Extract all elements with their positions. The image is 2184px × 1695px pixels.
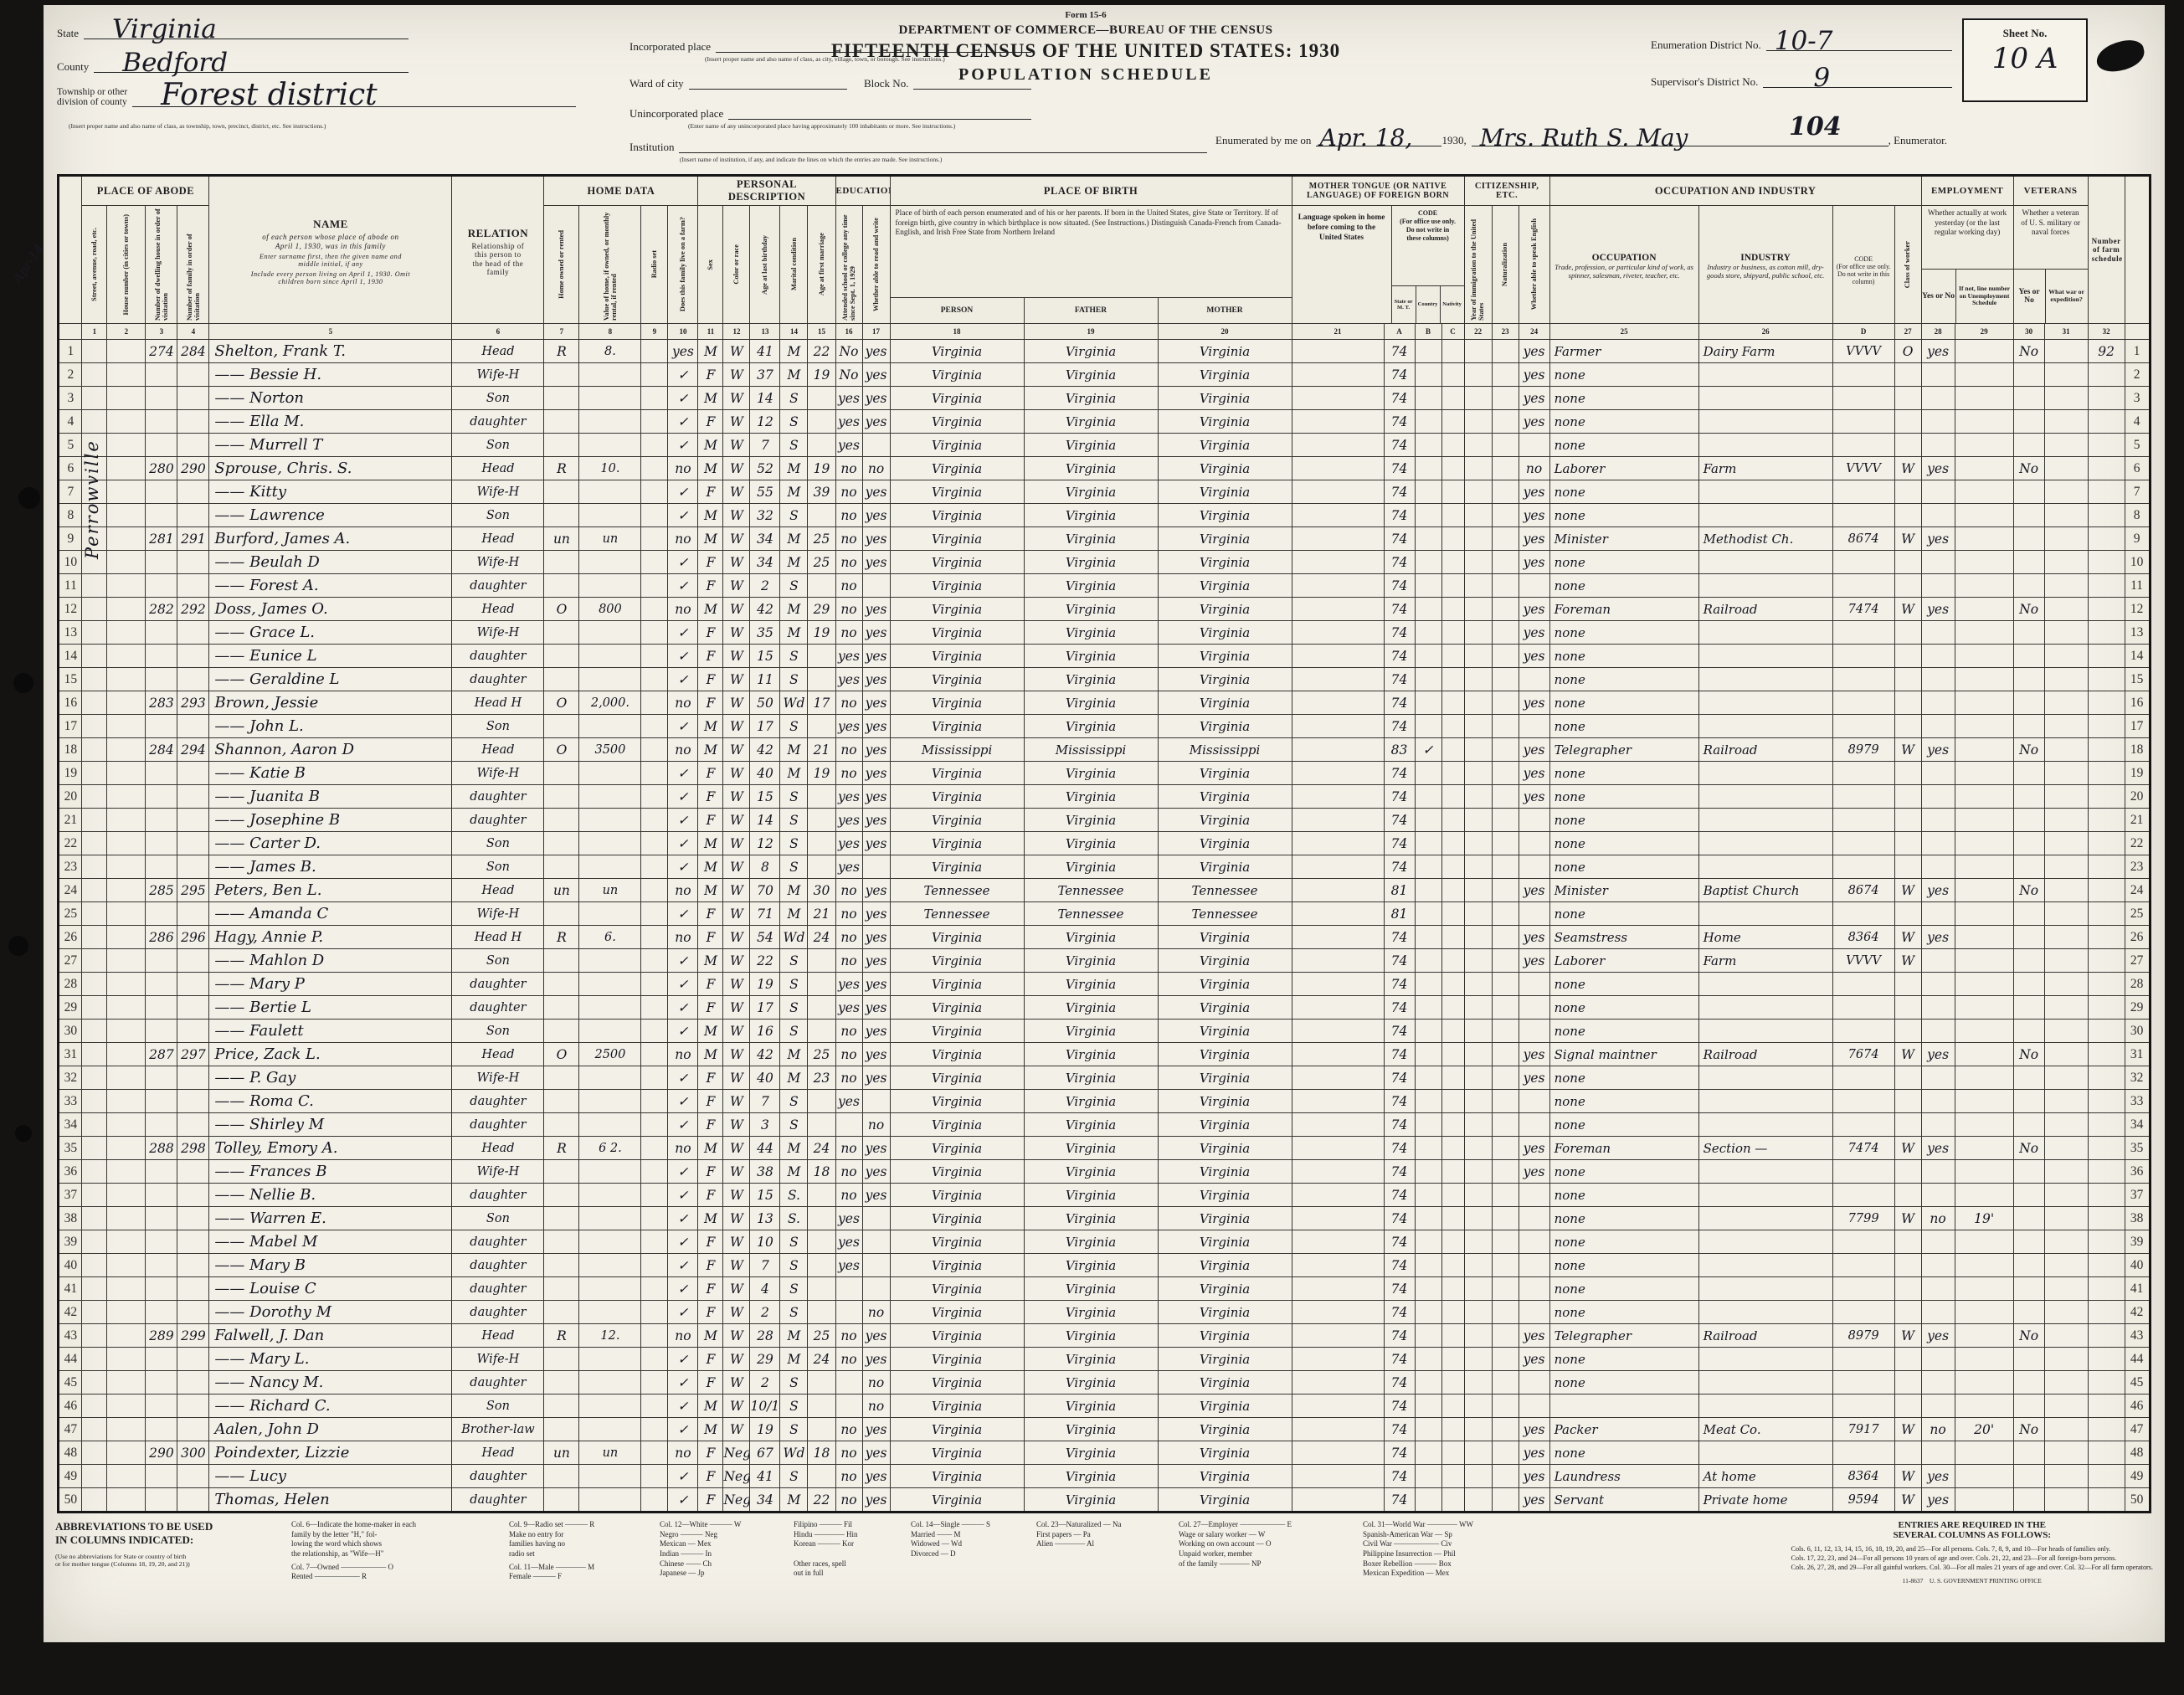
cell-farm: no: [668, 1043, 698, 1066]
cell-wk: [1921, 387, 1955, 410]
cell-yr: [1464, 996, 1492, 1020]
cell-ind: Railroad: [1698, 1043, 1832, 1066]
cell-ln: 26: [59, 926, 82, 949]
cell-cls: W: [1894, 527, 1921, 551]
cell-cls: W: [1894, 1465, 1921, 1488]
cell-sch: yes: [835, 996, 862, 1020]
cell-ln: 20: [59, 785, 82, 809]
cell-cB: [1415, 480, 1441, 504]
cell-radio: [641, 598, 668, 621]
cell-name: —— Ella M.: [209, 410, 452, 434]
cell-ln2: 17: [2125, 715, 2150, 738]
cell-color: W: [723, 1395, 750, 1418]
cell-bm: Virginia: [1158, 340, 1292, 363]
cell-fs: [2088, 691, 2125, 715]
cell-sex: M: [698, 855, 723, 879]
cell-war: [2044, 809, 2088, 832]
table-body: 1274284Shelton, Frank T.HeadR8.yesMW41M2…: [59, 340, 2150, 1513]
cell-radio: [641, 762, 668, 785]
cell-eng: [1519, 832, 1549, 855]
cell-yr: [1464, 363, 1492, 387]
cell-radio: [641, 879, 668, 902]
cell-lang: [1292, 645, 1384, 668]
cell-agem: [808, 1395, 835, 1418]
cell-occ: none: [1549, 480, 1698, 504]
cell-rel: Head: [452, 1137, 544, 1160]
cell-eng: [1519, 902, 1549, 926]
table-row: 14—— Eunice Ldaughter✓FW15SyesyesVirgini…: [59, 645, 2150, 668]
cell-mar: M: [780, 1066, 808, 1090]
cell-rw: yes: [862, 1184, 890, 1207]
cell-age: 67: [750, 1441, 780, 1465]
cell-age: 54: [750, 926, 780, 949]
cell-fs: [2088, 1441, 2125, 1465]
col-head-family-number: Number of family in order of visitation: [177, 206, 209, 324]
cell-cB: [1415, 832, 1441, 855]
cell-wk: yes: [1921, 457, 1955, 480]
cell-fs: [2088, 1418, 2125, 1441]
enumerated-label: Enumerated by me on: [1215, 135, 1316, 146]
cell-street: [82, 1160, 107, 1184]
cell-mar: M: [780, 340, 808, 363]
cell-nat: [1492, 691, 1519, 715]
cell-cD: [1832, 902, 1894, 926]
cell-name: —— Shirley M: [209, 1113, 452, 1137]
cell-occ: none: [1549, 434, 1698, 457]
cell-val: 6.: [579, 926, 641, 949]
cell-val: [579, 387, 641, 410]
cell-fam: 290: [177, 457, 209, 480]
cell-wk: yes: [1921, 1043, 1955, 1066]
cell-agem: 25: [808, 527, 835, 551]
cell-cC: [1441, 902, 1464, 926]
table-row: 35288298Tolley, Emory A.HeadR6 2.noMW44M…: [59, 1137, 2150, 1160]
column-number-blank: [2125, 324, 2150, 340]
cell-eng: yes: [1519, 621, 1549, 645]
cell-ue: [1955, 410, 2013, 434]
cell-war: [2044, 926, 2088, 949]
cell-val: [579, 809, 641, 832]
cell-rw: yes: [862, 1160, 890, 1184]
cell-ln2: 15: [2125, 668, 2150, 691]
cell-eng: yes: [1519, 1441, 1549, 1465]
cell-agem: [808, 1230, 835, 1254]
code-nativity-label: Nativity: [1441, 286, 1464, 323]
cell-ind: [1698, 480, 1832, 504]
cell-agem: [808, 1184, 835, 1207]
cell-ln: 14: [59, 645, 82, 668]
cell-cD: [1832, 574, 1894, 598]
cell-vet: No: [2013, 1137, 2044, 1160]
cell-rel: Son: [452, 715, 544, 738]
cell-dw: 282: [146, 598, 177, 621]
cell-name: Poindexter, Lizzie: [209, 1441, 452, 1465]
cell-house: [107, 1066, 146, 1090]
cell-cB: [1415, 410, 1441, 434]
cell-rw: yes: [862, 527, 890, 551]
cell-fam: [177, 1488, 209, 1513]
cell-cD: [1832, 387, 1894, 410]
cell-fs: [2088, 1137, 2125, 1160]
column-number-8: 8: [579, 324, 641, 340]
column-number-2: 2: [107, 324, 146, 340]
cell-bp: Virginia: [890, 1277, 1024, 1301]
cell-rw: yes: [862, 926, 890, 949]
language-label: Language spoken in home before coming to…: [1292, 206, 1392, 323]
cell-street: [82, 738, 107, 762]
col-head-sex: Sex: [698, 206, 723, 324]
cell-bp: Virginia: [890, 457, 1024, 480]
cell-cD: [1832, 762, 1894, 785]
cell-cls: [1894, 996, 1921, 1020]
cell-ln2: 28: [2125, 973, 2150, 996]
cell-eng: yes: [1519, 387, 1549, 410]
cell-farm: ✓: [668, 949, 698, 973]
cell-cC: [1441, 1395, 1464, 1418]
cell-cD: [1832, 1066, 1894, 1090]
cell-dw: 288: [146, 1137, 177, 1160]
cell-house: [107, 1160, 146, 1184]
cell-eng: yes: [1519, 363, 1549, 387]
column-number-21: 21: [1292, 324, 1384, 340]
cell-rw: yes: [862, 1020, 890, 1043]
cell-fs: [2088, 527, 2125, 551]
cell-bm: Virginia: [1158, 1043, 1292, 1066]
cell-agem: 19: [808, 457, 835, 480]
cell-rw: yes: [862, 668, 890, 691]
cell-occ: Laundress: [1549, 1465, 1698, 1488]
cell-val: [579, 410, 641, 434]
column-number-12: 12: [723, 324, 750, 340]
cell-lang: [1292, 668, 1384, 691]
cell-cD: [1832, 434, 1894, 457]
cell-radio: [641, 809, 668, 832]
cell-ln: 18: [59, 738, 82, 762]
cell-ln2: 35: [2125, 1137, 2150, 1160]
cell-cD: [1832, 363, 1894, 387]
unincorporated-note: (Enter name of any unincorporated place …: [688, 122, 955, 130]
cell-ind: [1698, 996, 1832, 1020]
cell-wk: [1921, 1066, 1955, 1090]
cell-bp: Virginia: [890, 1488, 1024, 1513]
cell-sch: yes: [835, 434, 862, 457]
cell-sch: yes: [835, 410, 862, 434]
cell-color: W: [723, 621, 750, 645]
cell-fs: 92: [2088, 340, 2125, 363]
cell-eng: yes: [1519, 1465, 1549, 1488]
column-number-A: A: [1384, 324, 1415, 340]
cell-rel: Son: [452, 1395, 544, 1418]
cell-bf: Virginia: [1024, 1207, 1158, 1230]
cell-sch: no: [835, 1066, 862, 1090]
cell-own: [544, 621, 579, 645]
cell-yr: [1464, 1465, 1492, 1488]
cell-eng: [1519, 1207, 1549, 1230]
table-row: 25—— Amanda CWife-H✓FW71M21noyesTennesse…: [59, 902, 2150, 926]
cell-vet: [2013, 926, 2044, 949]
cell-house: [107, 715, 146, 738]
cell-vet: [2013, 1254, 2044, 1277]
cell-sch: no: [835, 1418, 862, 1441]
cell-ln: 42: [59, 1301, 82, 1324]
cell-color: W: [723, 1137, 750, 1160]
cell-rel: Wife-H: [452, 762, 544, 785]
cell-war: [2044, 668, 2088, 691]
cell-mar: S: [780, 434, 808, 457]
cell-fam: 296: [177, 926, 209, 949]
war-expedition-label: What war or expedition?: [2046, 270, 2088, 323]
cell-occ: Packer: [1549, 1418, 1698, 1441]
cell-vet: No: [2013, 340, 2044, 363]
cell-wk: [1921, 574, 1955, 598]
cell-agem: [808, 949, 835, 973]
cell-color: W: [723, 1113, 750, 1137]
cell-ue: [1955, 1324, 2013, 1348]
cell-dw: [146, 1184, 177, 1207]
cell-dw: [146, 668, 177, 691]
cell-vet: [2013, 1020, 2044, 1043]
cell-mar: S: [780, 1395, 808, 1418]
cell-rw: yes: [862, 410, 890, 434]
cell-rw: yes: [862, 1465, 890, 1488]
cell-wk: [1921, 1254, 1955, 1277]
cell-occ: none: [1549, 785, 1698, 809]
cell-mar: M: [780, 551, 808, 574]
column-number-20: 20: [1158, 324, 1292, 340]
cell-occ: none: [1549, 1020, 1698, 1043]
cell-own: [544, 1277, 579, 1301]
cell-radio: [641, 949, 668, 973]
cell-ln: 10: [59, 551, 82, 574]
cell-val: [579, 855, 641, 879]
cell-eng: yes: [1519, 879, 1549, 902]
cell-rw: yes: [862, 340, 890, 363]
cell-val: [579, 1301, 641, 1324]
cell-bp: Virginia: [890, 1066, 1024, 1090]
cell-ln2: 9: [2125, 527, 2150, 551]
cell-bf: Tennessee: [1024, 902, 1158, 926]
cell-farm: yes: [668, 340, 698, 363]
cell-nat: [1492, 1066, 1519, 1090]
cell-rw: yes: [862, 1043, 890, 1066]
cell-vet: No: [2013, 1324, 2044, 1348]
cell-eng: [1519, 1254, 1549, 1277]
cell-sch: no: [835, 1043, 862, 1066]
cell-ln: 36: [59, 1160, 82, 1184]
cell-sex: F: [698, 1371, 723, 1395]
cell-name: Price, Zack L.: [209, 1043, 452, 1066]
cell-sex: F: [698, 551, 723, 574]
cell-radio: [641, 1254, 668, 1277]
cell-ind: Home: [1698, 926, 1832, 949]
cell-eng: yes: [1519, 1488, 1549, 1513]
cell-ind: [1698, 762, 1832, 785]
cell-sch: no: [835, 738, 862, 762]
cell-bm: Tennessee: [1158, 879, 1292, 902]
cell-agem: 39: [808, 480, 835, 504]
cell-vet: [2013, 1348, 2044, 1371]
cell-house: [107, 691, 146, 715]
cell-fam: [177, 785, 209, 809]
hole-punch: [13, 673, 33, 693]
cell-radio: [641, 1465, 668, 1488]
cell-bf: Virginia: [1024, 1230, 1158, 1254]
cell-lang: [1292, 1043, 1384, 1066]
cell-val: [579, 785, 641, 809]
cell-rw: [862, 574, 890, 598]
cell-name: —— Murrell T: [209, 434, 452, 457]
cell-cA: 74: [1384, 1441, 1415, 1465]
code-title: CODE (For office use only. Do not write …: [1392, 206, 1464, 285]
cell-bm: Virginia: [1158, 1090, 1292, 1113]
cell-cC: [1441, 1277, 1464, 1301]
cell-cB: [1415, 855, 1441, 879]
cell-nat: [1492, 785, 1519, 809]
cell-bp: Virginia: [890, 551, 1024, 574]
cell-sch: yes: [835, 1254, 862, 1277]
cell-mar: S: [780, 785, 808, 809]
cell-wk: [1921, 973, 1955, 996]
cell-ln2: 36: [2125, 1160, 2150, 1184]
cell-ln2: 18: [2125, 738, 2150, 762]
cell-cls: [1894, 785, 1921, 809]
column-number-9: 9: [641, 324, 668, 340]
cell-cB: [1415, 691, 1441, 715]
cell-farm: ✓: [668, 762, 698, 785]
cell-lang: [1292, 1441, 1384, 1465]
cell-ln: 41: [59, 1277, 82, 1301]
cell-own: [544, 785, 579, 809]
cell-dw: 284: [146, 738, 177, 762]
cell-sex: M: [698, 340, 723, 363]
cell-street: [82, 621, 107, 645]
cell-mar: Wd: [780, 926, 808, 949]
cell-name: —— Mary B: [209, 1254, 452, 1277]
cell-house: [107, 785, 146, 809]
legend-col7: Col. 7—Owned —————— O Rented —————— R: [291, 1563, 501, 1582]
cell-color: W: [723, 879, 750, 902]
col-head-color: Color or race: [723, 206, 750, 324]
cell-fam: 297: [177, 1043, 209, 1066]
cell-age: 15: [750, 1184, 780, 1207]
cell-bm: Virginia: [1158, 574, 1292, 598]
cell-farm: ✓: [668, 996, 698, 1020]
cell-val: [579, 1090, 641, 1113]
cell-agem: [808, 645, 835, 668]
cell-fs: [2088, 363, 2125, 387]
cell-own: [544, 832, 579, 855]
cell-mar: S: [780, 1465, 808, 1488]
cell-bp: Virginia: [890, 410, 1024, 434]
cell-fs: [2088, 1324, 2125, 1348]
cell-cB: [1415, 1043, 1441, 1066]
cell-ue: [1955, 926, 2013, 949]
cell-cB: [1415, 785, 1441, 809]
column-number-24: 24: [1519, 324, 1549, 340]
cell-war: [2044, 387, 2088, 410]
cell-cls: [1894, 762, 1921, 785]
cell-ue: [1955, 1090, 2013, 1113]
cell-color: W: [723, 387, 750, 410]
cell-bm: Virginia: [1158, 809, 1292, 832]
legend-col11: Col. 11—Male ———— M Female ——— F: [509, 1563, 651, 1582]
cell-ln2: 45: [2125, 1371, 2150, 1395]
cell-sch: [835, 1277, 862, 1301]
cell-house: [107, 457, 146, 480]
cell-dw: [146, 785, 177, 809]
cell-yr: [1464, 715, 1492, 738]
birthplace-note: Place of birth of each person enumerated…: [891, 206, 1292, 297]
cell-nat: [1492, 1090, 1519, 1113]
column-number-row: 123456789101112131415161718192021ABC2223…: [59, 324, 2150, 340]
cell-farm: ✓: [668, 1184, 698, 1207]
cell-wk: [1921, 1348, 1955, 1371]
cell-ln2: 24: [2125, 879, 2150, 902]
cell-vet: [2013, 996, 2044, 1020]
cell-ln: 24: [59, 879, 82, 902]
cell-agem: [808, 1418, 835, 1441]
cell-fam: 293: [177, 691, 209, 715]
cell-dw: [146, 1465, 177, 1488]
cell-radio: [641, 1230, 668, 1254]
cell-bm: Virginia: [1158, 1254, 1292, 1277]
cell-war: [2044, 551, 2088, 574]
cell-mar: S: [780, 1020, 808, 1043]
cell-cD: 8674: [1832, 527, 1894, 551]
column-number-27: 27: [1894, 324, 1921, 340]
cell-sex: F: [698, 926, 723, 949]
cell-ind: [1698, 387, 1832, 410]
cell-farm: ✓: [668, 387, 698, 410]
cell-age: 41: [750, 1465, 780, 1488]
cell-dw: [146, 902, 177, 926]
cell-age: 40: [750, 1066, 780, 1090]
cell-occ: Signal maintner: [1549, 1043, 1698, 1066]
cell-name: —— Frances B: [209, 1160, 452, 1184]
legend-col12a: Col. 12—White ——— W Negro ——— Neg Mexica…: [660, 1520, 785, 1579]
cell-wk: [1921, 1277, 1955, 1301]
cell-nat: [1492, 762, 1519, 785]
cell-ln: 31: [59, 1043, 82, 1066]
cell-farm: ✓: [668, 363, 698, 387]
cell-cB: [1415, 387, 1441, 410]
cell-fam: 292: [177, 598, 209, 621]
cell-age: 32: [750, 504, 780, 527]
cell-radio: [641, 1184, 668, 1207]
birthplace-person-label: PERSON: [891, 298, 1025, 323]
cell-own: R: [544, 457, 579, 480]
cell-cC: [1441, 598, 1464, 621]
table-row: 48290300Poindexter, LizzieHeadununnoFNeg…: [59, 1441, 2150, 1465]
cell-sex: F: [698, 1348, 723, 1371]
cell-vet: [2013, 762, 2044, 785]
cell-wk: [1921, 363, 1955, 387]
cell-vet: [2013, 574, 2044, 598]
cell-own: un: [544, 1441, 579, 1465]
sheet-margin-note: 104: [1789, 112, 1842, 141]
cell-sex: F: [698, 1277, 723, 1301]
unincorporated-field: Unincorporated place: [630, 104, 1031, 120]
cell-rel: Head H: [452, 691, 544, 715]
cell-cD: [1832, 809, 1894, 832]
cell-vet: No: [2013, 879, 2044, 902]
cell-agem: 19: [808, 363, 835, 387]
cell-sch: yes: [835, 809, 862, 832]
cell-val: [579, 1371, 641, 1395]
cell-bf: Virginia: [1024, 1160, 1158, 1184]
cell-bp: Virginia: [890, 855, 1024, 879]
cell-ind: Dairy Farm: [1698, 340, 1832, 363]
